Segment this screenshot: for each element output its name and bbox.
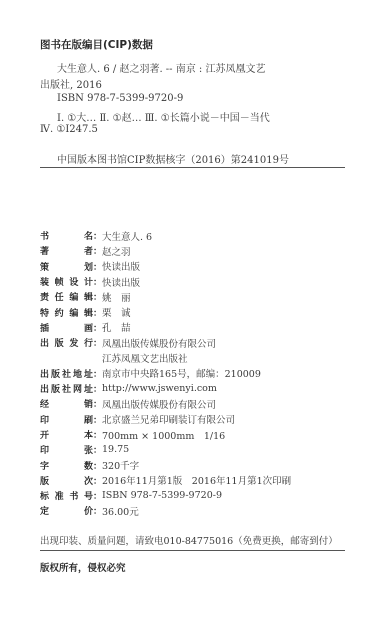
label-char: 特	[40, 306, 49, 319]
label-char: 经	[40, 397, 49, 410]
label-char: 次	[84, 474, 93, 487]
label-char: 划	[84, 260, 93, 273]
colophon-row: 插画：孔 喆	[40, 320, 291, 335]
label-char: 辑	[84, 306, 93, 319]
colon: ：	[93, 504, 102, 517]
colophon-list: 书名：大生意人. 6著者：赵之羽策划：快读出版装帧设计：快读出版责任编辑：姚 丽…	[40, 228, 291, 519]
label-char: 网	[73, 382, 82, 395]
cip-classification-1: Ⅰ. ①大… Ⅱ. ①赵… Ⅲ. ①长篇小说－中国－当代	[57, 109, 270, 124]
copyright-notice: 版权所有，侵权必究	[40, 560, 126, 574]
colophon-row: 著者：赵之羽	[40, 243, 291, 258]
colophon-row: 印张：19.75	[40, 442, 291, 457]
colophon-row: 出版社地址：南京市中央路165号，邮编：210009	[40, 366, 291, 381]
colon: ：	[93, 336, 102, 349]
colon: ：	[93, 382, 102, 395]
colophon-value: 36.00元	[102, 504, 139, 518]
colophon-value: 南京市中央路165号，邮编：210009	[102, 366, 261, 380]
quality-note: 出现印装、质量问题，请致电010-84775016（免费更换，邮寄到付）	[40, 533, 338, 547]
colophon-row: 书名：大生意人. 6	[40, 228, 291, 243]
label-char: 辑	[84, 290, 93, 303]
cip-record-number: 中国版本图书馆CIP数据核字（2016）第241019号	[57, 151, 289, 166]
cip-isbn: ISBN 978-7-5399-9720-9	[57, 93, 183, 104]
colophon-label: 特约编辑	[40, 306, 93, 319]
colon: ：	[93, 244, 102, 257]
colophon-label: 策划	[40, 260, 93, 273]
divider-bottom	[40, 550, 345, 551]
label-char: 址	[84, 367, 93, 380]
colophon-label: 出版社网址	[40, 382, 93, 395]
label-char: 版	[51, 382, 60, 395]
colophon-row: 责任编辑：姚 丽	[40, 289, 291, 304]
colon: ：	[93, 474, 102, 487]
colophon-label: 版次	[40, 474, 93, 487]
colophon-label: 出版发行	[40, 336, 93, 349]
colophon-label: 责任编辑	[40, 290, 93, 303]
colophon-label: 书名	[40, 229, 93, 242]
label-char: 刷	[84, 413, 93, 426]
label-char: 数	[84, 459, 93, 472]
colophon-row: 开本：700mm × 1000mm 1/16	[40, 427, 291, 442]
colophon-value: 北京盛兰兄弟印刷装订有限公司	[102, 412, 235, 426]
colophon-row: 版次：2016年11月第1版 2016年11月第1次印刷	[40, 473, 291, 488]
colon: ：	[93, 275, 102, 288]
label-char: 者	[84, 244, 93, 257]
label-char: 销	[84, 397, 93, 410]
colon: ：	[93, 260, 102, 273]
label-char: 著	[40, 244, 49, 257]
colophon-row: 出版发行：凤凰出版传媒股份有限公司	[40, 335, 291, 350]
colophon-row: 出版社网址：http://www.jswenyi.com	[40, 381, 291, 396]
colophon-value: 320千字	[102, 458, 139, 472]
label-char: 出	[40, 367, 49, 380]
colophon-label: 开本	[40, 428, 93, 441]
colophon-label: 出版社地址	[40, 367, 93, 380]
colon: ：	[93, 290, 102, 303]
colon: ：	[93, 306, 102, 319]
colophon-label: 标准书号	[40, 489, 93, 502]
label-char: 名	[84, 229, 93, 242]
label-char: 帧	[55, 275, 64, 288]
colon: ：	[93, 321, 102, 334]
label-char: 本	[84, 428, 93, 441]
label-char: 版	[55, 336, 64, 349]
colophon-label: 插画	[40, 321, 93, 334]
colophon-value: 孔 喆	[102, 320, 131, 334]
label-char: 定	[40, 504, 49, 517]
label-char: 印	[40, 413, 49, 426]
colon: ：	[93, 443, 102, 456]
cip-line-2: 出版社, 2016	[40, 76, 102, 91]
label-char: 准	[55, 489, 64, 502]
colophon-label: 定价	[40, 504, 93, 517]
colophon-label: 印张	[40, 443, 93, 456]
colophon-value: 快读出版	[102, 275, 140, 289]
label-char: 插	[40, 321, 49, 334]
colophon-value: 700mm × 1000mm 1/16	[102, 428, 225, 442]
colophon-label: 著者	[40, 244, 93, 257]
label-char: 行	[84, 336, 93, 349]
colophon-label: 字数	[40, 459, 93, 472]
label-char: 出	[40, 382, 49, 395]
colophon-row: 标准书号：ISBN 978-7-5399-9720-9	[40, 488, 291, 503]
label-char: 装	[40, 275, 49, 288]
colophon-value: 赵之羽	[102, 244, 131, 258]
divider-top	[40, 167, 345, 168]
colon: ：	[93, 367, 102, 380]
colophon-label: 印刷	[40, 413, 93, 426]
colophon-row: 印刷：北京盛兰兄弟印刷装订有限公司	[40, 412, 291, 427]
cip-line-1: 大生意人. 6 / 赵之羽著. -- 南京 : 江苏凤凰文艺	[57, 60, 265, 75]
colophon-value: http://www.jswenyi.com	[102, 383, 217, 394]
colophon-label: 经销	[40, 397, 93, 410]
colon: ：	[93, 489, 102, 502]
cip-title: 图书在版编目(CIP)数据	[40, 37, 153, 52]
label-char: 址	[84, 382, 93, 395]
label-char: 设	[69, 275, 78, 288]
label-char: 字	[40, 459, 49, 472]
label-char: 开	[40, 428, 49, 441]
colophon-row: 特约编辑：栗 诚	[40, 304, 291, 319]
colophon-row: 策划：快读出版	[40, 259, 291, 274]
label-char: 社	[62, 367, 71, 380]
label-char: 版	[51, 367, 60, 380]
label-char: 编	[69, 306, 78, 319]
label-char: 印	[40, 443, 49, 456]
label-char: 张	[84, 443, 93, 456]
colon: ：	[93, 428, 102, 441]
colon: ：	[93, 229, 102, 242]
label-char: 号	[84, 489, 93, 502]
label-char: 责	[40, 290, 49, 303]
label-char: 地	[73, 367, 82, 380]
colophon-value: 栗 诚	[102, 305, 131, 319]
label-char: 版	[40, 474, 49, 487]
label-char: 约	[55, 306, 64, 319]
label-char: 价	[84, 504, 93, 517]
cip-classification-2: Ⅳ. ①I247.5	[40, 124, 98, 135]
label-char: 任	[55, 290, 64, 303]
label-char: 书	[40, 229, 49, 242]
label-char: 标	[40, 489, 49, 502]
colophon-value: 大生意人. 6	[102, 229, 152, 243]
colophon-value: 快读出版	[102, 259, 140, 273]
colophon-label: 装帧设计	[40, 275, 93, 288]
colophon-value: 凤凰出版传媒股份有限公司	[102, 336, 216, 350]
colophon-value: 19.75	[102, 444, 129, 455]
colon: ：	[93, 413, 102, 426]
colophon-row: 江苏凤凰文艺出版社	[40, 350, 291, 365]
colophon-row: 字数：320千字	[40, 457, 291, 472]
label-char: 发	[69, 336, 78, 349]
label-char: 编	[69, 290, 78, 303]
colophon-value: 凤凰出版传媒股份有限公司	[102, 397, 216, 411]
colophon-value: ISBN 978-7-5399-9720-9	[102, 490, 222, 501]
colon: ：	[93, 397, 102, 410]
colophon-value: 姚 丽	[102, 290, 131, 304]
colophon-value: 2016年11月第1版 2016年11月第1次印刷	[102, 473, 291, 487]
label-char: 策	[40, 260, 49, 273]
colophon-row: 装帧设计：快读出版	[40, 274, 291, 289]
colophon-row: 定价：36.00元	[40, 503, 291, 518]
label-char: 出	[40, 336, 49, 349]
label-char: 计	[84, 275, 93, 288]
colophon-row: 经销：凤凰出版传媒股份有限公司	[40, 396, 291, 411]
label-char: 画	[84, 321, 93, 334]
label-char: 社	[62, 382, 71, 395]
colophon-value: 江苏凤凰文艺出版社	[102, 351, 188, 365]
label-char: 书	[69, 489, 78, 502]
colon: ：	[93, 459, 102, 472]
